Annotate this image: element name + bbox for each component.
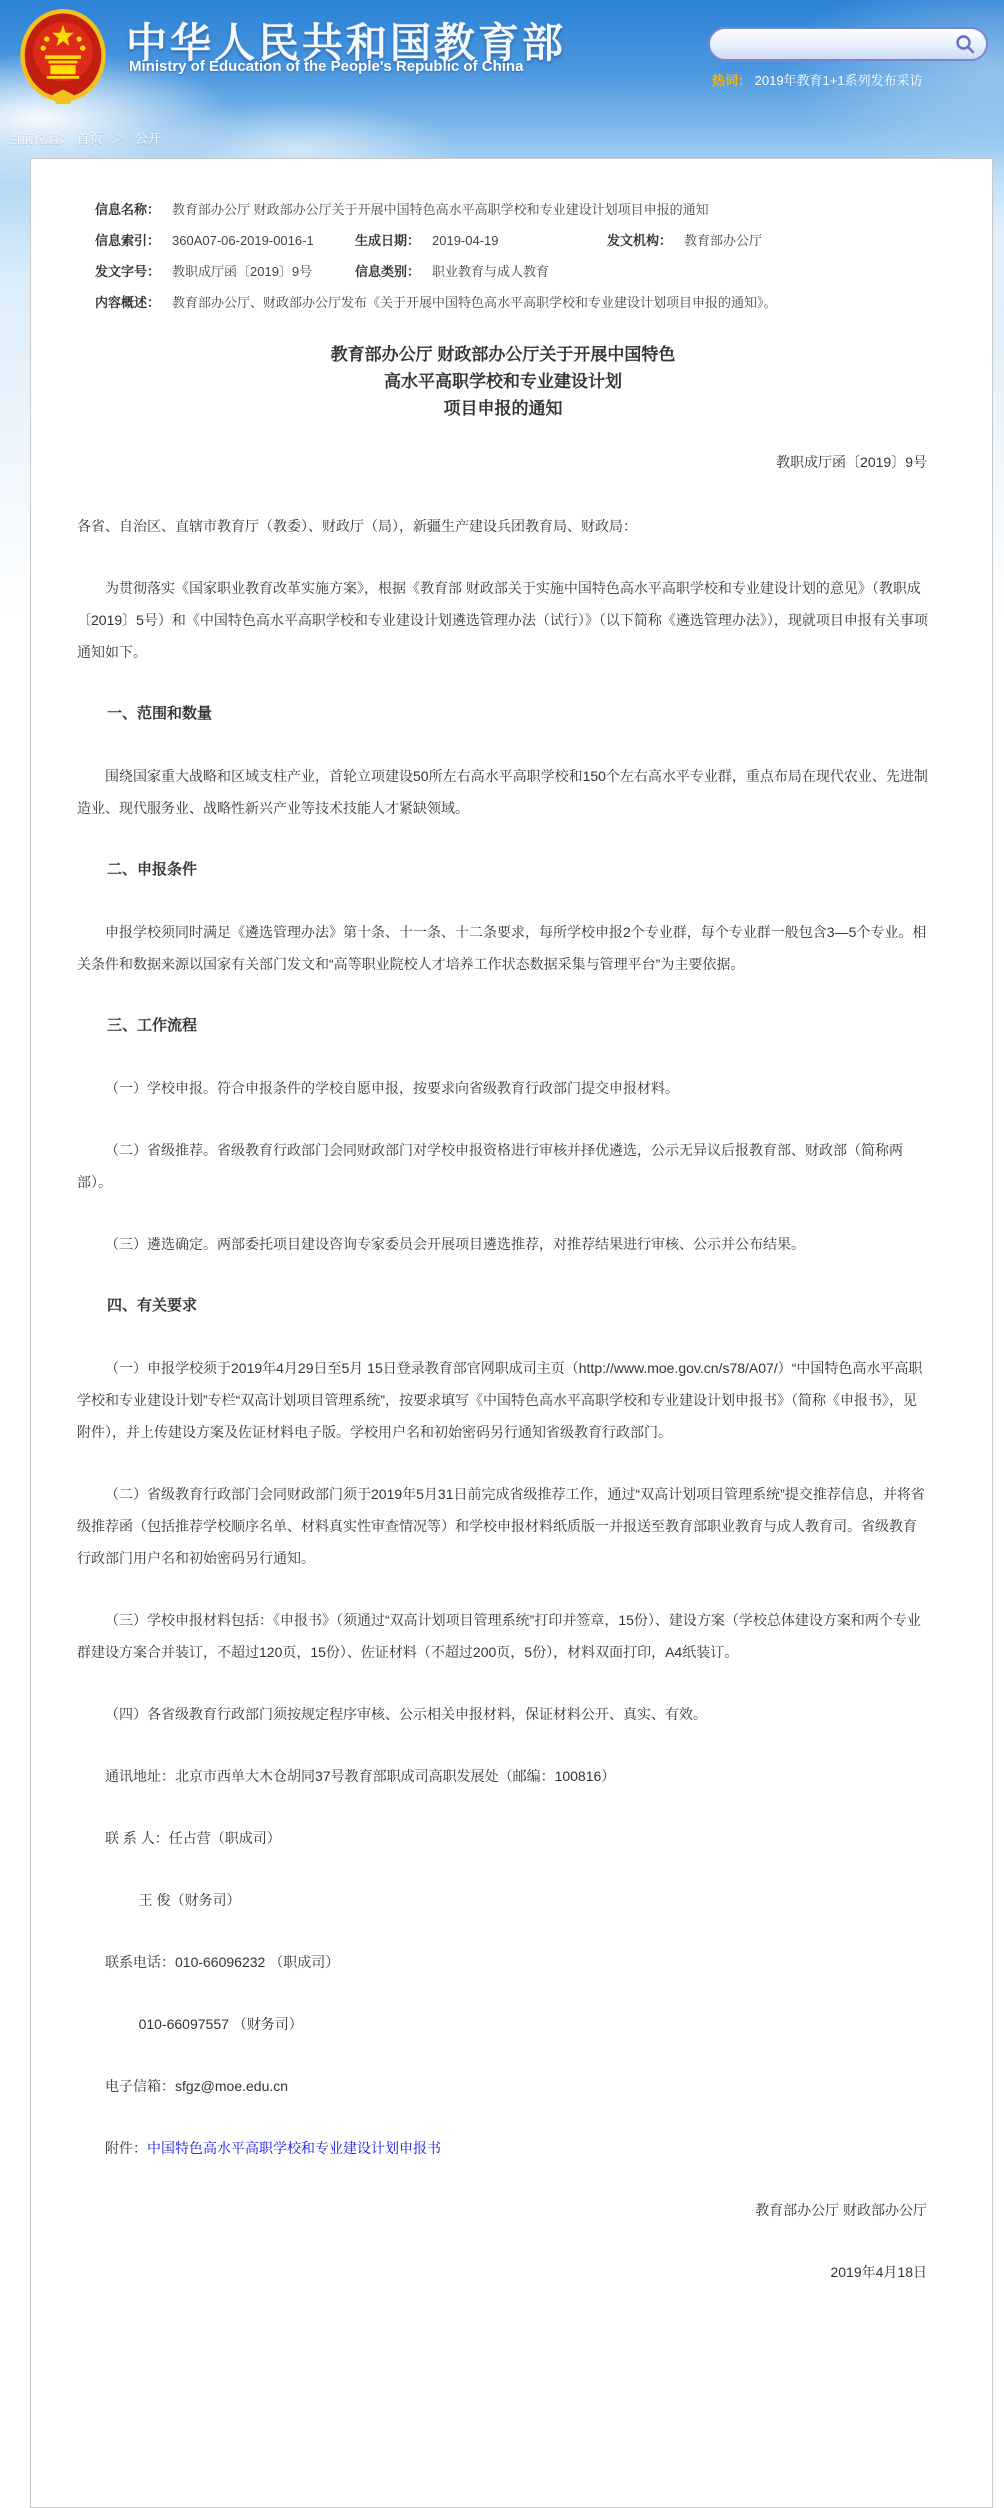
site-header: 中华人民共和国教育部 Ministry of Education of the … [0, 0, 1004, 125]
meta-pair: 发文机构：教育部办公厅 [607, 232, 762, 249]
document-number: 教职成厅函〔2019〕9号 [77, 452, 927, 472]
meta-label: 内容概述： [95, 294, 160, 311]
meta-pair: 生成日期：2019-04-19 [355, 232, 607, 249]
site-subtitle: Ministry of Education of the People's Re… [129, 58, 523, 75]
meta-value: 教育部办公厅 [684, 232, 762, 249]
hot-words-label: 热词： [712, 73, 751, 88]
meta-value: 职业教育与成人教育 [432, 263, 549, 280]
document-paragraph: 教育部办公厅 财政部办公厅 [77, 2194, 929, 2226]
meta-row: 发文字号：教职成厅函〔2019〕9号信息类别：职业教育与成人教育 [95, 263, 929, 280]
meta-value: 教育部办公厅 财政部办公厅关于开展中国特色高水平高职学校和专业建设计划项目申报的… [172, 201, 709, 218]
breadcrumb: 当前位置： 首页 ＞ 公开 [8, 128, 161, 147]
breadcrumb-separator: ＞ [112, 131, 125, 146]
document-paragraph: （一）申报学校须于2019年4月29日至5月 15日登录教育部官网职成司主页（h… [77, 1352, 929, 1448]
document-title-line: 教育部办公厅 财政部办公厅关于开展中国特色 [77, 341, 929, 368]
section-heading: 四、有关要求 [77, 1290, 929, 1322]
document-title: 教育部办公厅 财政部办公厅关于开展中国特色高水平高职学校和专业建设计划项目申报的… [77, 341, 929, 422]
search-input[interactable] [710, 29, 952, 59]
breadcrumb-current-link[interactable]: 公开 [135, 131, 161, 146]
national-emblem-icon [18, 8, 108, 108]
meta-table: 信息名称：教育部办公厅 财政部办公厅关于开展中国特色高水平高职学校和专业建设计划… [95, 201, 929, 311]
meta-label: 信息名称： [95, 201, 160, 218]
meta-row: 信息名称：教育部办公厅 财政部办公厅关于开展中国特色高水平高职学校和专业建设计划… [95, 201, 929, 218]
section-heading: 三、工作流程 [77, 1010, 929, 1042]
document-paragraph: 电子信箱：sfgz@moe.edu.cn [77, 2070, 929, 2102]
meta-label: 信息索引： [95, 232, 160, 249]
meta-label: 信息类别： [355, 263, 420, 280]
hot-words: 热词： 2019年教育1+1系列发布采访 [712, 70, 923, 89]
document-paragraph: 围绕国家重大战略和区域支柱产业，首轮立项建设50所左右高水平高职学校和150个左… [77, 760, 929, 824]
breadcrumb-home-link[interactable]: 首页 [77, 131, 103, 146]
meta-row: 内容概述：教育部办公厅、财政部办公厅发布《关于开展中国特色高水平高职学校和专业建… [95, 294, 929, 311]
meta-label: 生成日期： [355, 232, 420, 249]
content-panel: 信息名称：教育部办公厅 财政部办公厅关于开展中国特色高水平高职学校和专业建设计划… [30, 158, 993, 2508]
document-paragraph: 010-66097557 （财务司） [77, 2008, 929, 2040]
section-heading: 二、申报条件 [77, 854, 929, 886]
meta-value: 教职成厅函〔2019〕9号 [172, 263, 312, 280]
meta-row: 信息索引：360A07-06-2019-0016-1生成日期：2019-04-1… [95, 232, 929, 249]
document-paragraph: 申报学校须同时满足《遴选管理办法》第十条、十一条、十二条要求，每所学校申报2个专… [77, 916, 929, 980]
document-paragraph: （三）学校申报材料包括：《申报书》（须通过“双高计划项目管理系统”打印并签章，1… [77, 1604, 929, 1668]
document-paragraph: （四）各省级教育行政部门须按规定程序审核、公示相关申报材料，保证材料公开、真实、… [77, 1698, 929, 1730]
document-paragraph: 王 俊（财务司） [77, 1884, 929, 1916]
search-box [708, 27, 988, 61]
meta-pair: 发文字号：教职成厅函〔2019〕9号 [95, 263, 355, 280]
breadcrumb-prefix: 当前位置： [8, 131, 73, 146]
document-paragraph: 联 系 人：任占营（职成司） [77, 1822, 929, 1854]
attachment-label: 附件： [105, 2140, 147, 2156]
meta-pair: 信息类别：职业教育与成人教育 [355, 263, 549, 280]
document-paragraph: 各省、自治区、直辖市教育厅（教委）、财政厅（局），新疆生产建设兵团教育局、财政局… [77, 510, 929, 542]
attachment-link[interactable]: 中国特色高水平高职学校和专业建设计划申报书 [147, 2140, 441, 2156]
document-paragraph: （二）省级教育行政部门会同财政部门须于2019年5月31日前完成省级推荐工作，通… [77, 1478, 929, 1574]
document-paragraph: （三）遴选确定。两部委托项目建设咨询专家委员会开展项目遴选推荐，对推荐结果进行审… [77, 1228, 929, 1260]
document-paragraph: 联系电话：010-66096232 （职成司） [77, 1946, 929, 1978]
meta-value: 360A07-06-2019-0016-1 [172, 232, 314, 249]
meta-label: 发文字号： [95, 263, 160, 280]
meta-value: 2019-04-19 [432, 232, 499, 249]
meta-pair: 内容概述：教育部办公厅、财政部办公厅发布《关于开展中国特色高水平高职学校和专业建… [95, 294, 777, 311]
section-heading: 一、范围和数量 [77, 698, 929, 730]
meta-value: 教育部办公厅、财政部办公厅发布《关于开展中国特色高水平高职学校和专业建设计划项目… [172, 294, 777, 311]
document-body: 各省、自治区、直辖市教育厅（教委）、财政厅（局），新疆生产建设兵团教育局、财政局… [77, 510, 929, 2288]
document-paragraph: 为贯彻落实《国家职业教育改革实施方案》，根据《教育部 财政部关于实施中国特色高水… [77, 572, 929, 668]
meta-label: 发文机构： [607, 232, 672, 249]
document-title-line: 项目申报的通知 [77, 395, 929, 422]
document-paragraph: 2019年4月18日 [77, 2256, 929, 2288]
meta-pair: 信息名称：教育部办公厅 财政部办公厅关于开展中国特色高水平高职学校和专业建设计划… [95, 201, 709, 218]
document-title-line: 高水平高职学校和专业建设计划 [77, 368, 929, 395]
document-paragraph: （二）省级推荐。省级教育行政部门会同财政部门对学校申报资格进行审核并择优遴选，公… [77, 1134, 929, 1198]
hot-words-link[interactable]: 2019年教育1+1系列发布采访 [755, 73, 923, 88]
search-icon [955, 34, 975, 54]
document-paragraph: 通讯地址：北京市西单大木仓胡同37号教育部职成司高职发展处（邮编：100816） [77, 1760, 929, 1792]
document-paragraph: （一）学校申报。符合申报条件的学校自愿申报，按要求向省级教育行政部门提交申报材料… [77, 1072, 929, 1104]
search-button[interactable] [952, 29, 986, 59]
meta-pair: 信息索引：360A07-06-2019-0016-1 [95, 232, 355, 249]
attachment-row: 附件：中国特色高水平高职学校和专业建设计划申报书 [77, 2132, 929, 2164]
